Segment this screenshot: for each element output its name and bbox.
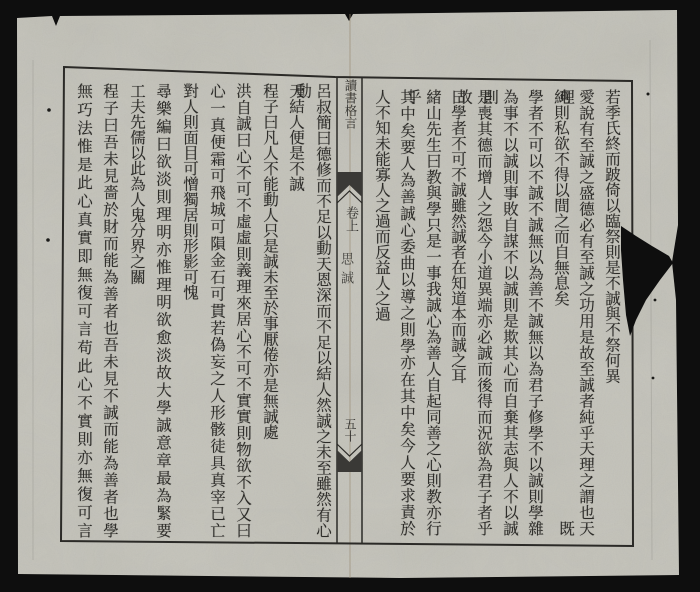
section-label: 思誠 [337, 252, 353, 290]
right-page-column: 緒山先生曰教與學只是一事我誠心為善人自起同善之心則教亦行乎 [423, 89, 443, 536]
right-page-column: 愛說有至誠之盛德必有至誠之功用是故至誠者純乎天理之謂也天理既 [576, 89, 596, 536]
left-page-column: 工夫先儒以此為人鬼分界之關 [127, 83, 147, 538]
ink-speck [647, 93, 650, 96]
left-page-column: 心一真便霜可飛城可隕金石可貫若偽妄之人形骸徒具真宰已亡 [207, 83, 227, 538]
ink-speck [46, 238, 50, 242]
left-page-column: 程子曰吾未見嗇於財而能為善者也吾未見不誠而能為善者也學 [100, 83, 120, 538]
ink-speck [47, 108, 51, 112]
page-number: 五十 [342, 418, 358, 442]
right-page-column: 為事不以誠則事敗自謀不以誠則是欺其心而自棄其志與人不以誠則 [500, 89, 520, 536]
left-page-column: 天結人便是不誠 [286, 83, 306, 538]
ink-speck [654, 299, 657, 302]
volume-label: 卷上 [342, 206, 358, 232]
right-page-column: 純則私欲不得以間之而自無息矣 [551, 89, 571, 536]
right-page-column: 人不知未能寡人之過而反益人之過 [372, 89, 392, 536]
right-page-column: 學者不可以不誠不誠無以為善不誠無以為君子修學不以誠則學雜 [525, 89, 545, 536]
left-page-column: 程子曰凡人不能動人只是誠未至於事厭倦亦是無誠處 [260, 83, 280, 538]
ink-speck [652, 377, 655, 380]
left-page-column: 對人則面目可憎獨居則形影可愧 [180, 83, 200, 538]
right-page-column: 曰學者不可不誠雖然誠者在知道本而誠之耳 [448, 89, 468, 536]
left-page-column: 無巧法惟是此心真實即無復可言苟此心不實則亦無復可言 [74, 83, 94, 538]
book-title: 讀書格言 [342, 79, 358, 129]
right-page-column: 其中矣要人為善誠心委曲以導之則學亦在其中矣今人要求責於 [397, 89, 417, 536]
right-page-column: 是喪其德而增人之怨今小道異端亦必誠而後得而況欲為君子者乎故 [474, 89, 494, 536]
scan-background: 讀書格言 卷上 思誠 五十 若季氏終而跛倚以臨祭則是不誠與不祭何異 愛說有至誠之… [0, 0, 700, 592]
left-page-column: 呂叔簡曰德修而不足以動天恩深而不足以結人然誠之未至雖然有心動 [313, 83, 333, 538]
left-page-column: 尋樂編曰欲淡則理明亦惟理明欲愈淡故大學誠意章最為緊要 [153, 83, 173, 538]
left-page-column: 洪自誠曰心不可不虛虛則義理來居心不可不實實則物欲不入又曰 [233, 83, 253, 538]
right-page-column: 若季氏終而跛倚以臨祭則是不誠與不祭何異 [602, 89, 622, 536]
